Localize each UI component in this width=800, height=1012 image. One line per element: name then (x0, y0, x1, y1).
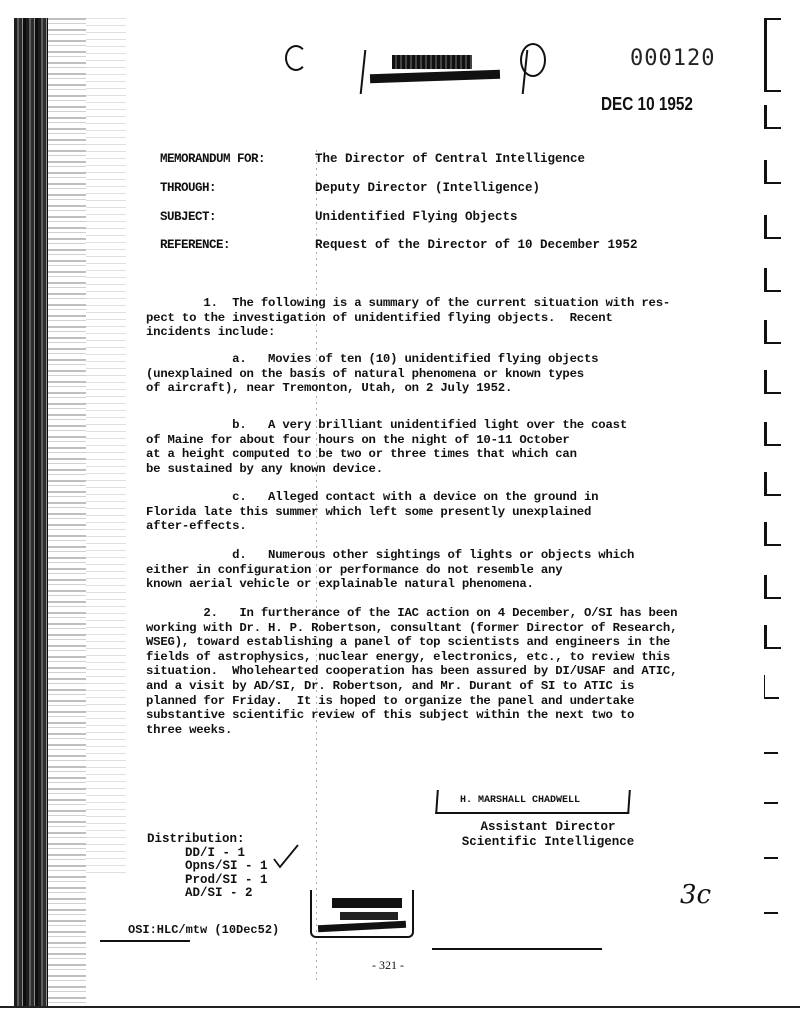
handwritten-note: 3c (680, 880, 711, 910)
handwritten-circle (520, 43, 546, 77)
header-value: Deputy Director (Intelligence) (315, 181, 540, 195)
distribution-item: AD/SI - 2 (147, 887, 268, 901)
distribution-item: DD/I - 1 (147, 847, 268, 861)
redaction-top (362, 50, 512, 80)
item-c: c. Alleged contact with a device on the … (146, 490, 598, 534)
redaction-bottom (310, 890, 410, 940)
distribution-list: Distribution: DD/I - 1 Opns/SI - 1 Prod/… (147, 833, 268, 901)
item-d: d. Numerous other sightings of lights or… (146, 548, 634, 592)
page-number: - 321 - (372, 958, 404, 973)
paragraph-2: 2. In furtherance of the IAC action on 4… (146, 606, 677, 737)
rule-line (432, 948, 602, 950)
document-page: 000120 DEC 10 1952 MEMORANDUM FOR: The D… (0, 0, 800, 1012)
header-label: REFERENCE: (160, 238, 300, 252)
header-value: Request of the Director of 10 December 1… (315, 238, 638, 252)
margin-tick-marks (764, 10, 784, 990)
signature-title-line1: Assistant Director (448, 820, 648, 835)
checkmark-icon (272, 843, 300, 869)
header-label: SUBJECT: (160, 210, 300, 224)
scan-bottom-edge (0, 1006, 800, 1008)
header-value: The Director of Central Intelligence (315, 152, 585, 166)
originator-line: OSI:HLC/mtw (10Dec52) (128, 923, 279, 937)
paragraph-1: 1. The following is a summary of the cur… (146, 296, 670, 340)
header-label: THROUGH: (160, 181, 300, 195)
item-a: a. Movies of ten (10) unidentified flyin… (146, 352, 598, 396)
punch-hole-mark (285, 45, 307, 71)
distribution-heading: Distribution: (147, 832, 245, 846)
signature-title-line2: Scientific Intelligence (448, 835, 648, 850)
rule-line (100, 940, 190, 942)
document-number: 000120 (630, 46, 715, 71)
signature-name: H. MARSHALL CHADWELL (460, 795, 580, 806)
header-label: MEMORANDUM FOR: (160, 152, 300, 166)
distribution-item: Opns/SI - 1 (147, 860, 268, 874)
item-b: b. A very brilliant unidentified light o… (146, 418, 627, 476)
date-stamp: DEC 10 1952 (601, 94, 693, 115)
scan-edge-shadow (14, 18, 48, 1008)
signature-title: Assistant Director Scientific Intelligen… (448, 820, 648, 850)
scan-edge-noise (48, 18, 86, 1008)
distribution-item: Prod/SI - 1 (147, 874, 268, 888)
scan-edge-noise (86, 18, 126, 878)
header-value: Unidentified Flying Objects (315, 210, 518, 224)
